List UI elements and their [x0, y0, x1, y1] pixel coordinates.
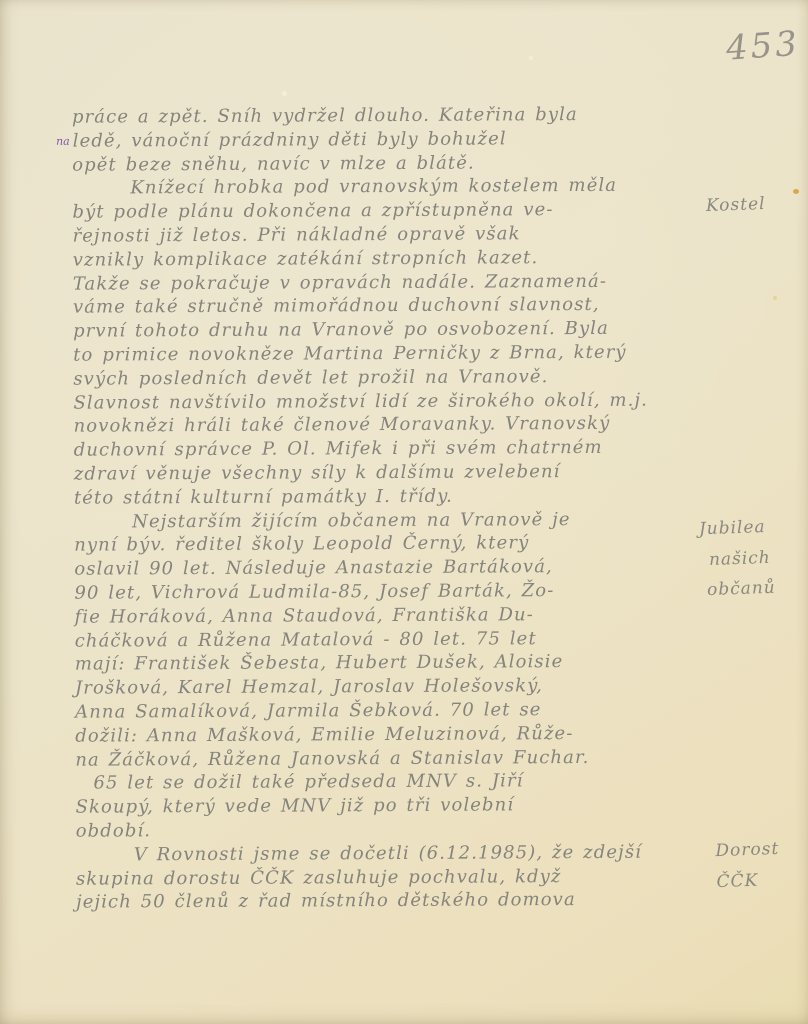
- handwritten-line: období.: [76, 816, 708, 843]
- handwritten-line: oslavil 90 let. Následuje Anastazie Bart…: [74, 554, 706, 581]
- handwritten-line-text: V Rovnosti jsme se dočetli (6.12.1985), …: [134, 841, 642, 865]
- handwritten-line-text: období.: [76, 820, 152, 841]
- handwritten-line: váme také stručně mimořádnou duchovní sl…: [73, 293, 705, 320]
- handwritten-line: 90 let, Vichrová Ludmila-85, Josef Bartá…: [74, 578, 706, 605]
- handwritten-line: Jrošková, Karel Hemzal, Jaroslav Holešov…: [75, 673, 707, 700]
- handwritten-line: řejnosti již letos. Při nákladné opravě …: [73, 221, 705, 248]
- handwritten-line-text: duchovní správce P. Ol. Mifek i při svém…: [74, 437, 603, 461]
- handwritten-line-text: Knížecí hrobka pod vranovským kostelem m…: [130, 175, 617, 199]
- handwritten-line: 65 let se dožil také předseda MNV s. Jiř…: [75, 769, 707, 796]
- handwritten-line-text: být podle plánu dokončena a zpřístupněna…: [72, 199, 553, 223]
- margin-note-line: Kostel: [705, 189, 766, 222]
- handwritten-line-text: vznikly komplikace zatékání stropních ka…: [73, 247, 539, 270]
- paper-speck: [282, 91, 287, 96]
- handwritten-line-text: Takže se pokračuje v opravách nadále. Za…: [73, 270, 607, 294]
- handwritten-line: fie Horáková, Anna Staudová, Františka D…: [75, 602, 707, 629]
- handwritten-line: Skoupý, který vede MNV již po tři volebn…: [75, 792, 707, 819]
- handwritten-line: této státní kulturní památky I. třídy.: [74, 483, 706, 510]
- handwritten-line-text: na Žáčková, Růžena Janovská a Stanislav …: [75, 746, 589, 770]
- handwritten-line-text: fie Horáková, Anna Staudová, Františka D…: [75, 604, 534, 627]
- handwritten-line: Anna Samalíková, Jarmila Šebková. 70 let…: [75, 697, 707, 724]
- handwritten-line-text: cháčková a Růžena Matalová - 80 let. 75 …: [75, 628, 537, 651]
- handwritten-line-text: jejich 50 členů z řad místního dětského …: [76, 889, 576, 913]
- handwritten-line-text: Slavnost navštívilo množství lidí ze šir…: [73, 389, 648, 413]
- handwritten-line: zdraví věnuje všechny síly k dalšímu zve…: [74, 459, 706, 486]
- handwritten-line: V Rovnosti jsme se dočetli (6.12.1985), …: [76, 840, 708, 867]
- page-number: 453: [725, 23, 808, 68]
- handwritten-line: duchovní správce P. Ol. Mifek i při svém…: [74, 436, 706, 463]
- handwritten-line-text: svých posledních devět let prožil na Vra…: [73, 366, 548, 389]
- margin-note-line: našich: [699, 542, 775, 575]
- handwritten-line-text: Nejstarším žijícím občanem na Vranově je: [132, 509, 571, 532]
- margin-note-line: Dorost: [715, 834, 780, 867]
- handwritten-line: Slavnost navštívilo množství lidí ze šir…: [73, 388, 705, 415]
- margin-note-line: Jubilea: [698, 512, 774, 545]
- handwritten-line-text: to primice novokněze Martina Perničky z …: [73, 342, 627, 366]
- handwritten-line-text: novoknězi hráli také členové Moravanky. …: [74, 413, 611, 437]
- margin-note-dorost: Dorost ČČK: [715, 834, 781, 897]
- correction-insert: na: [56, 129, 70, 153]
- handwritten-line-text: řejnosti již letos. Při nákladné opravě …: [73, 223, 521, 246]
- handwritten-line: to primice novokněze Martina Perničky z …: [73, 340, 705, 367]
- handwritten-line: být podle plánu dokončena a zpřístupněna…: [72, 198, 704, 225]
- handwritten-line-text: opět beze sněhu, navíc v mlze a blátě.: [72, 152, 475, 175]
- handwritten-line-text: první tohoto druhu na Vranově po osvoboz…: [73, 318, 609, 342]
- handwritten-line: jejich 50 členů z řad místního dětského …: [76, 888, 708, 915]
- handwritten-line: na Žáčková, Růžena Janovská a Stanislav …: [75, 745, 707, 772]
- handwritten-line-text: váme také stručně mimořádnou duchovní sl…: [73, 294, 600, 318]
- handwritten-line-text: skupina dorostu ČČK zasluhuje pochvalu, …: [76, 866, 562, 890]
- handwritten-line: cháčková a Růžena Matalová - 80 let. 75 …: [75, 626, 707, 653]
- handwritten-line-text: této státní kulturní památky I. třídy.: [74, 485, 453, 508]
- handwritten-line-text: oslavil 90 let. Následuje Anastazie Bart…: [74, 556, 553, 580]
- handwritten-line-text: nyní býv. ředitel školy Leopold Černý, k…: [74, 533, 529, 556]
- handwritten-line: Takže se pokračuje v opravách nadále. Za…: [73, 269, 705, 296]
- handwritten-line: první tohoto druhu na Vranově po osvoboz…: [73, 317, 705, 344]
- handwritten-line: práce a zpět. Sníh vydržel dlouho. Kateř…: [72, 102, 704, 129]
- handwritten-line: svých posledních devět let prožil na Vra…: [73, 364, 705, 391]
- handwritten-line-text: 65 let se dožil také předseda MNV s. Jiř…: [93, 771, 523, 794]
- handwritten-line: opět beze sněhu, navíc v mlze a blátě.: [72, 150, 704, 177]
- handwritten-line-text: ledě, vánoční prázdniny děti byly bohuže…: [73, 128, 507, 151]
- handwritten-line-text: Anna Samalíková, Jarmila Šebková. 70 let…: [75, 699, 542, 722]
- handwritten-line-text: Skoupý, který vede MNV již po tři volebn…: [76, 794, 515, 817]
- handwritten-line-text: mají: František Šebesta, Hubert Dušek, A…: [75, 651, 564, 675]
- handwritten-line: mají: František Šebesta, Hubert Dušek, A…: [75, 650, 707, 677]
- paper-speck: [773, 296, 777, 300]
- handwritten-line: Nejstarším žijícím občanem na Vranově je: [74, 507, 706, 534]
- handwritten-line-text: Jrošková, Karel Hemzal, Jaroslav Holešov…: [75, 675, 543, 698]
- text-block: práce a zpět. Sníh vydržel dlouho. Kateř…: [72, 102, 708, 914]
- handwritten-line: skupina dorostu ČČK zasluhuje pochvalu, …: [76, 864, 708, 891]
- handwritten-line: nyní býv. ředitel školy Leopold Černý, k…: [74, 531, 706, 558]
- handwritten-line-text: zdraví věnuje všechny síly k dalšímu zve…: [74, 461, 561, 485]
- handwritten-line: dožili: Anna Mašková, Emilie Meluzinová,…: [75, 721, 707, 748]
- paper-speck: [793, 189, 799, 194]
- handwritten-line: Knížecí hrobka pod vranovským kostelem m…: [72, 174, 704, 201]
- handwritten-line: naledě, vánoční prázdniny děti byly bohu…: [72, 126, 704, 153]
- margin-note-line: občanů: [701, 573, 777, 606]
- margin-note-kostel: Kostel: [705, 189, 766, 222]
- margin-note-jubilea: Jubilea našich občanů: [698, 512, 776, 606]
- handwritten-line-text: práce a zpět. Sníh vydržel dlouho. Kateř…: [72, 104, 578, 128]
- handwritten-line: novoknězi hráli také členové Moravanky. …: [74, 412, 706, 439]
- handwritten-line-text: 90 let, Vichrová Ludmila-85, Josef Bartá…: [74, 580, 554, 604]
- paper-speck: [529, 56, 533, 60]
- handwritten-line-text: dožili: Anna Mašková, Emilie Meluzinová,…: [75, 723, 573, 747]
- handwritten-line: vznikly komplikace zatékání stropních ka…: [73, 245, 705, 272]
- margin-note-line: ČČK: [716, 864, 781, 897]
